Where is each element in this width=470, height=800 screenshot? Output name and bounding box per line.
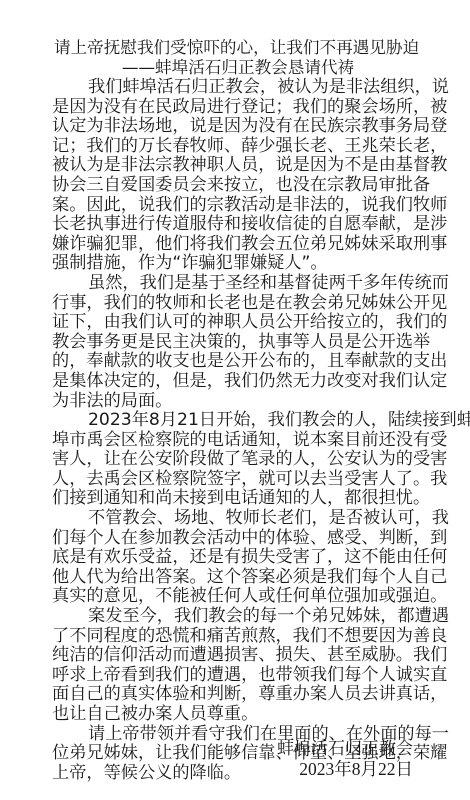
- text-line: 长老执事进行传道服侍和接收信徒的自愿奉献，是涉: [52, 215, 414, 235]
- text-line: 为非法的局面。: [52, 392, 414, 412]
- text-line: 被认为是非法宗教神职人员，说是因为不是由基督教: [52, 156, 414, 176]
- text-line: 案。因此，说我们的宗教活动是非法的，说我们牧师: [52, 196, 414, 216]
- text-line: 纯洁的信仰活动而遭遇损害、损失、甚至威胁。我们: [52, 646, 414, 666]
- text-line: 教会事务更是民主决策的，执事等人员是公开选举: [52, 333, 414, 353]
- text-line: 是因为没有在民政局进行登记；我们的聚会场所，被: [52, 98, 414, 118]
- text-line: 2023年8月21日开始，我们教会的人，陆续接到蚌: [52, 411, 414, 431]
- text-line: 呼求上帝看到我们的遭遇，也带领我们每个人诚实直: [52, 666, 414, 686]
- text-line: 底是有欢乐受益，还是有损失受害了，这不能由任何: [52, 548, 414, 568]
- paragraph-3: 2023年8月21日开始，我们教会的人，陆续接到蚌 埠市禹会区检察院的电话通知，…: [52, 411, 414, 509]
- text-line: 嫌诈骗犯罪，他们将我们教会五位弟兄姊妹采取刑事: [52, 235, 414, 255]
- text-line: 真实的意见，不能被任何人或任何单位强加或强迫。: [52, 587, 414, 607]
- text-line: 案发至今，我们教会的每一个弟兄姊妹，都遭遇: [52, 607, 414, 627]
- text-line: 是集体决定的，但是，我们仍然无力改变对我们认定: [52, 372, 414, 392]
- text-line: 们每个人在参加教会活动中的体验、感受、判断，到: [52, 529, 414, 549]
- text-line: 人，去禹会区检察院签字，就可以去当受害人了。我: [52, 470, 414, 490]
- text-line: 也让自己被办案人员尊重。: [52, 705, 414, 725]
- text-line: 们接到通知和尚未接到电话通知的人，都很担忧。: [52, 489, 414, 509]
- text-line: 我们蚌埠活石归正教会，被认为是非法组织，说: [52, 78, 414, 98]
- paragraph-5: 案发至今，我们教会的每一个弟兄姊妹，都遭遇 了不同程度的恐慌和痛苦煎熬，我们不想…: [52, 607, 414, 725]
- signature-date: 2023年8月22日: [299, 759, 413, 779]
- paragraph-1: 我们蚌埠活石归正教会，被认为是非法组织，说 是因为没有在民政局进行登记；我们的聚…: [52, 78, 414, 274]
- letter-document: 请上帝抚慰我们受惊吓的心，让我们不再遇见胁迫 ——蚌埠活石归正教会恳请代祷 我们…: [52, 38, 414, 783]
- text-line: 他人代为给出答案。这个答案必须是我们每个人自己: [52, 568, 414, 588]
- text-line: 行事，我们的牧师和长老也是在教会弟兄姊妹公开见: [52, 294, 414, 314]
- text-line: 埠市禹会区检察院的电话通知，说本案目前还没有受: [52, 431, 414, 451]
- text-line: 证下，由我们认可的神职人员公开给按立的，我们的: [52, 313, 414, 333]
- text-line: 强制措施，作为“诈骗犯罪嫌疑人”。: [52, 254, 414, 274]
- letter-subtitle: ——蚌埠活石归正教会恳请代祷: [52, 58, 414, 78]
- signature-organization: 蚌埠活石归正教会: [277, 739, 413, 759]
- text-line: 记；我们的万长春牧师、薛少强长老、王兆荣长老，: [52, 137, 414, 157]
- text-line: 虽然，我们是基于圣经和基督徒两千多年传统而: [52, 274, 414, 294]
- text-line: 了不同程度的恐慌和痛苦煎熬，我们不想要因为善良: [52, 627, 414, 647]
- letter-title: 请上帝抚慰我们受惊吓的心，让我们不再遇见胁迫: [54, 38, 414, 58]
- text-line: 害人，让在公安阶段做了笔录的人，公安认为的受害: [52, 450, 414, 470]
- text-line: 不管教会、场地、牧师长老们，是否被认可，我: [52, 509, 414, 529]
- paragraph-2: 虽然，我们是基于圣经和基督徒两千多年传统而 行事，我们的牧师和长老也是在教会弟兄…: [52, 274, 414, 411]
- text-line: 协会三自爱国委员会来按立，也没在宗教局审批备: [52, 176, 414, 196]
- paragraph-4: 不管教会、场地、牧师长老们，是否被认可，我 们每个人在参加教会活动中的体验、感受…: [52, 509, 414, 607]
- text-line: 的，奉献款的收支也是公开公布的，且奉献款的支出: [52, 352, 414, 372]
- text-line: 认定为非法场地，说是因为没有在民族宗教事务局登: [52, 117, 414, 137]
- text-line: 面自己的真实体验和判断，尊重办案人员去讲真话，: [52, 685, 414, 705]
